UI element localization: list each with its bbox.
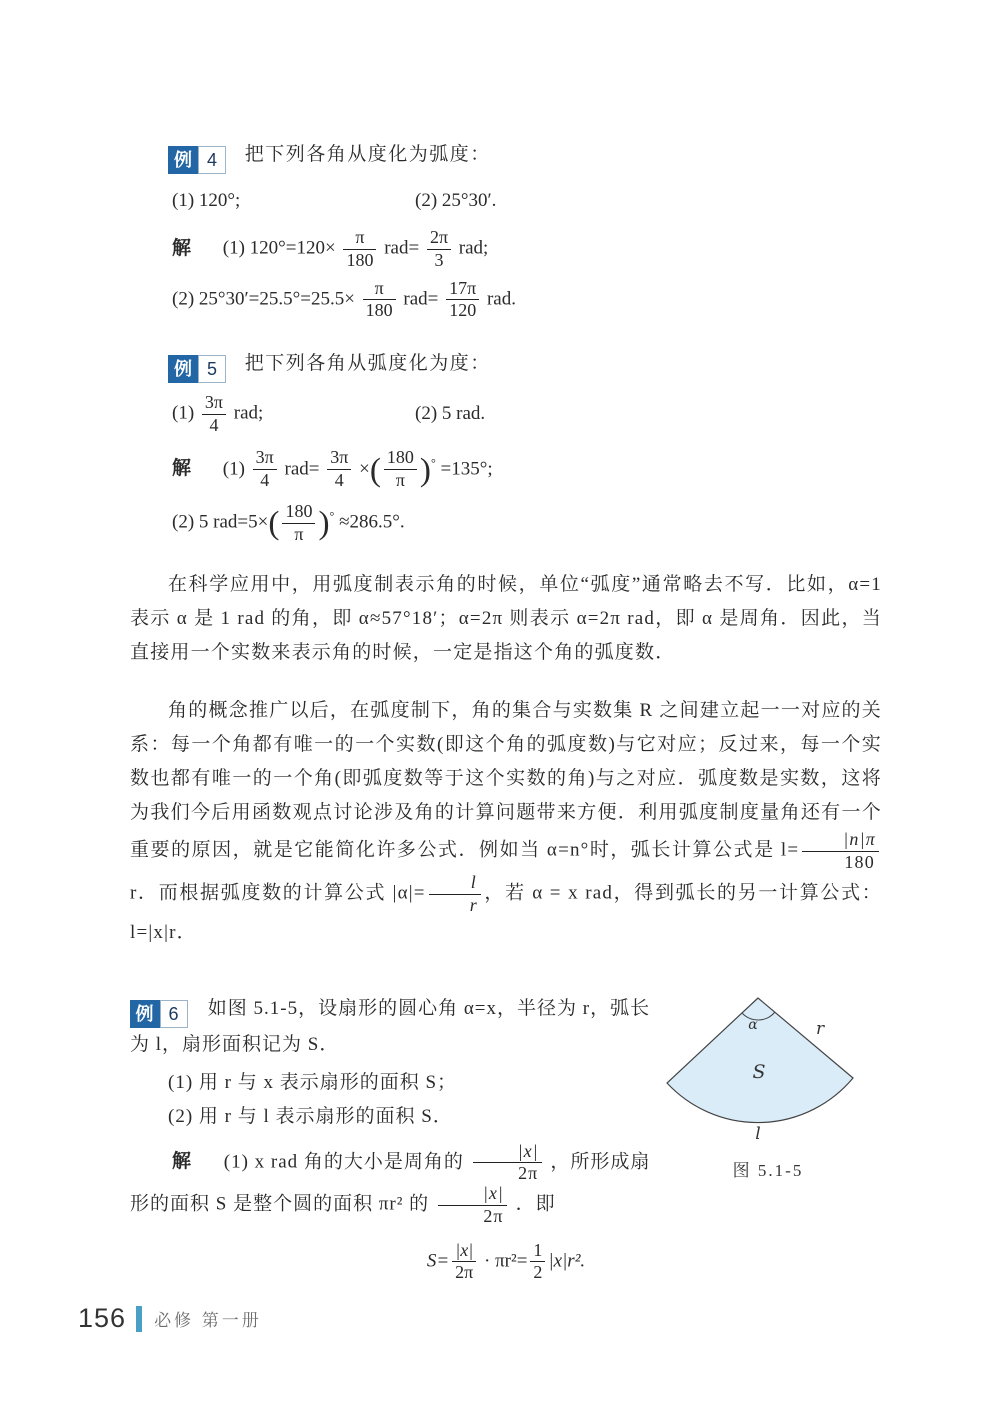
fraction-denominator: 4 <box>327 469 351 491</box>
fraction-numerator: 3π <box>202 393 226 414</box>
example-4-solution-1: 解 (1) 120°=120× π180 rad= 2π3 rad; <box>130 228 882 271</box>
fraction-numerator: π <box>363 279 396 300</box>
footer-bar-icon <box>136 1306 142 1332</box>
example-badge-number: 6 <box>160 1000 188 1028</box>
fraction: 3π4 <box>253 448 277 491</box>
page-footer: 156 必修 第一册 <box>78 1303 262 1334</box>
example-badge-number: 5 <box>198 355 226 383</box>
example-6-formula: S=|x|2π · πr²=12|x|r². <box>130 1241 882 1284</box>
fraction: lr <box>429 873 481 916</box>
math-text: rad; <box>234 403 264 424</box>
right-paren: ) <box>318 504 329 541</box>
solve-label: 解 <box>172 1151 192 1172</box>
example-5-badge: 例 5 <box>168 355 226 383</box>
example-5: 例 5 把下列各角从弧度化为度： (1) 3π4 rad; (2) 5 rad.… <box>130 347 882 544</box>
fraction-denominator: 120 <box>446 299 479 321</box>
example-4-solution-2: (2) 25°30′=25.5°=25.5× π180 rad= 17π120 … <box>130 279 882 322</box>
example-6: α r S l 图 5.1-5 例 6 如图 5.1-5，设扇形的圆心角 α=x… <box>130 992 882 1284</box>
example-5-title: 把下列各角从弧度化为度： <box>245 353 491 374</box>
fraction: 17π120 <box>446 279 479 322</box>
left-paren: ( <box>370 451 381 488</box>
example-5-solution-2: (2) 5 rad=5×(180π)° ≈286.5°. <box>130 499 882 544</box>
degree-sign: ° <box>330 509 335 523</box>
math-text: rad= <box>285 458 320 479</box>
left-paren: ( <box>268 504 279 541</box>
fraction: |n|π180 <box>802 830 879 873</box>
fraction: 3π4 <box>327 448 351 491</box>
example-4-title: 把下列各角从度化为弧度： <box>245 144 491 165</box>
body-text: 角的概念推广以后，在弧度制下，角的集合与实数集 R 之间建立起一一对应的关系：每… <box>130 700 882 861</box>
solve-label: 解 <box>172 458 192 479</box>
math-text: (1) <box>172 403 199 424</box>
math-text: ．即 <box>516 1194 556 1215</box>
fraction-denominator: 3 <box>427 249 451 271</box>
example-4-items: (1) 120°; (2) 25°30′. <box>130 184 882 218</box>
math-text: · πr²= <box>479 1250 527 1271</box>
fraction: |x|2π <box>473 1142 542 1185</box>
example-5-header: 例 5 把下列各角从弧度化为度： <box>168 347 882 383</box>
math-text: (1) x rad 角的大小是周角的 <box>224 1151 464 1172</box>
fraction-denominator: 4 <box>253 469 277 491</box>
example-5-items: (1) 3π4 rad; (2) 5 rad. <box>130 393 882 436</box>
example-5-item-1: (1) 3π4 rad; <box>172 393 415 436</box>
solve-label: 解 <box>172 238 192 259</box>
fraction-numerator: |x| <box>452 1241 476 1262</box>
body-paragraph-2: 角的概念推广以后，在弧度制下，角的集合与实数集 R 之间建立起一一对应的关系：每… <box>130 694 882 949</box>
math-text: × <box>359 458 370 479</box>
page-number: 156 <box>78 1303 126 1334</box>
degree-sign: ° <box>431 456 436 470</box>
fraction-denominator: 180 <box>343 249 376 271</box>
fraction: 12 <box>530 1241 545 1284</box>
example-badge-number: 4 <box>198 146 226 174</box>
fraction-denominator: 2 <box>530 1261 545 1283</box>
math-text: rad; <box>459 238 489 259</box>
fraction-numerator: 17π <box>446 279 479 300</box>
example-badge-label: 例 <box>130 1000 160 1028</box>
fraction-denominator: π <box>384 469 417 491</box>
sector-figure: α r S l 图 5.1-5 <box>654 992 882 1188</box>
example-4: 例 4 把下列各角从度化为弧度： (1) 120°; (2) 25°30′. 解… <box>130 138 882 321</box>
right-paren: ) <box>420 451 431 488</box>
fraction-denominator: 180 <box>363 299 396 321</box>
fraction-numerator: 2π <box>427 228 451 249</box>
fraction: 2π3 <box>427 228 451 271</box>
fraction: |x|2π <box>452 1241 476 1284</box>
fraction-denominator: 2π <box>438 1205 507 1227</box>
math-text: rad= <box>403 288 438 309</box>
fraction-numerator: π <box>343 228 376 249</box>
book-label: 必修 第一册 <box>154 1306 262 1331</box>
example-6-intro: 如图 5.1-5，设扇形的圆心角 α=x，半径为 r，弧长为 l，扇形面积记为 … <box>130 998 650 1055</box>
math-text: (1) 120°=120× <box>223 238 336 259</box>
fraction-numerator: 180 <box>384 448 417 469</box>
fraction-denominator: 2π <box>473 1162 542 1184</box>
example-6-badge: 例 6 <box>130 1000 188 1028</box>
fraction-numerator: |x| <box>438 1184 507 1205</box>
arc-length-label: l <box>755 1124 760 1142</box>
page-content: 例 4 把下列各角从度化为弧度： (1) 120°; (2) 25°30′. 解… <box>130 138 882 1283</box>
example-4-header: 例 4 把下列各角从度化为弧度： <box>168 138 882 174</box>
fraction-numerator: |n|π <box>802 830 879 851</box>
fraction-numerator: l <box>429 873 481 894</box>
math-text: (2) 25°30′=25.5°=25.5× <box>172 288 355 309</box>
math-text: ≈286.5°. <box>339 511 405 532</box>
fraction-numerator: 3π <box>253 448 277 469</box>
fraction: |x|2π <box>438 1184 507 1227</box>
fraction-denominator: 4 <box>202 414 226 436</box>
fraction-numerator: 180 <box>282 502 315 523</box>
fraction-numerator: |x| <box>473 1142 542 1163</box>
example-4-badge: 例 4 <box>168 146 226 174</box>
example-4-item-2: (2) 25°30′. <box>415 184 496 218</box>
math-text: |x|r². <box>548 1250 585 1271</box>
math-text: =135°; <box>441 458 493 479</box>
fraction: π180 <box>363 279 396 322</box>
area-label: S <box>752 1061 765 1083</box>
fraction: 180π <box>384 448 417 491</box>
math-text: rad. <box>487 288 516 309</box>
radius-label: r <box>816 1019 825 1039</box>
fraction-denominator: 180 <box>802 851 879 873</box>
example-badge-label: 例 <box>168 355 198 383</box>
textbook-page: 例 4 把下列各角从度化为弧度： (1) 120°; (2) 25°30′. 解… <box>0 0 1000 1422</box>
math-text: (2) 5 rad=5× <box>172 511 268 532</box>
fraction-denominator: r <box>429 894 481 916</box>
fraction-numerator: 1 <box>530 1241 545 1262</box>
example-5-solution-1: 解 (1) 3π4 rad= 3π4 ×(180π)° =135°; <box>130 446 882 491</box>
example-5-item-2: (2) 5 rad. <box>415 397 485 431</box>
fraction-denominator: π <box>282 523 315 545</box>
math-text: rad= <box>384 238 419 259</box>
sector-svg: α r S l <box>661 992 876 1142</box>
fraction-denominator: 2π <box>452 1261 476 1283</box>
fraction-numerator: 3π <box>327 448 351 469</box>
body-text: r．而根据弧度数的计算公式 |α|= <box>130 883 426 904</box>
angle-label: α <box>748 1017 758 1033</box>
fraction: π180 <box>343 228 376 271</box>
body-paragraph-1: 在科学应用中，用弧度制表示角的时候，单位“弧度”通常略去不写．比如，α=1 表示… <box>130 568 882 670</box>
fraction: 3π4 <box>202 393 226 436</box>
fraction: 180π <box>282 502 315 545</box>
math-text: (1) <box>223 458 250 479</box>
example-4-item-1: (1) 120°; <box>172 184 415 218</box>
example-badge-label: 例 <box>168 146 198 174</box>
figure-caption: 图 5.1-5 <box>654 1154 882 1188</box>
math-text: S= <box>427 1250 449 1271</box>
